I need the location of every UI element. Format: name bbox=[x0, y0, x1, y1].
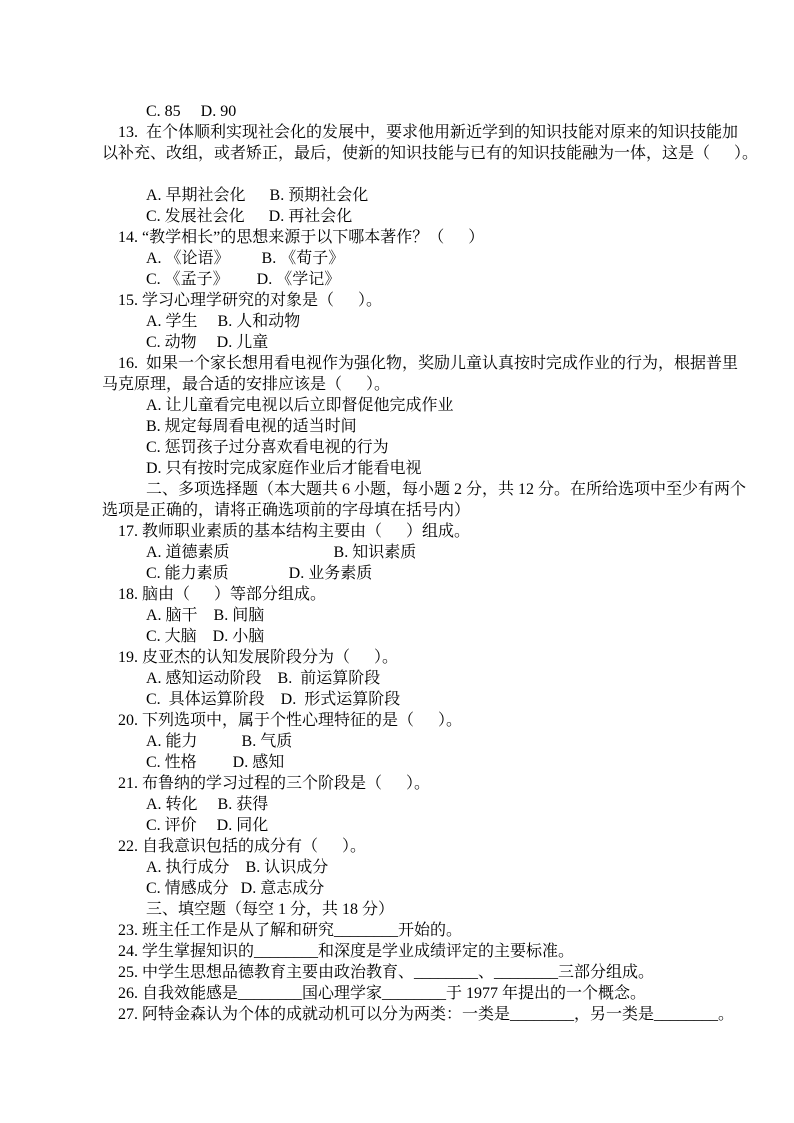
continuation-line: 马克原理，最合适的安排应该是（ ）。 bbox=[0, 374, 794, 395]
question-line: 27. 阿特金森认为个体的成就动机可以分为两类：一类是________，另一类是… bbox=[0, 1004, 794, 1025]
section-heading: 三、填空题（每空 1 分，共 18 分） bbox=[0, 899, 794, 920]
option-line: A. 《论语》 B. 《荀子》 bbox=[0, 248, 794, 269]
option-line: C. 具体运算阶段 D. 形式运算阶段 bbox=[0, 689, 794, 710]
question-line: 22. 自我意识包括的成分有（ ）。 bbox=[0, 836, 794, 857]
option-line: A. 感知运动阶段 B. 前运算阶段 bbox=[0, 668, 794, 689]
blank-line bbox=[0, 164, 794, 185]
option-line: C. 惩罚孩子过分喜欢看电视的行为 bbox=[0, 437, 794, 458]
question-line: 15. 学习心理学研究的对象是（ ）。 bbox=[0, 290, 794, 311]
option-line: A. 执行成分 B. 认识成分 bbox=[0, 857, 794, 878]
option-line: C. 评价 D. 同化 bbox=[0, 815, 794, 836]
option-line: A. 道德素质 B. 知识素质 bbox=[0, 542, 794, 563]
question-line: 14. “教学相长”的思想来源于以下哪本著作？（ ） bbox=[0, 227, 794, 248]
question-line: 26. 自我效能感是________国心理学家________于 1977 年提… bbox=[0, 983, 794, 1004]
option-line: C. 大脑 D. 小脑 bbox=[0, 626, 794, 647]
question-line: 23. 班主任工作是从了解和研究________开始的。 bbox=[0, 920, 794, 941]
option-line: C. 《孟子》 D. 《学记》 bbox=[0, 269, 794, 290]
continuation-line: 以补充、改组，或者矫正，最后，使新的知识技能与已有的知识技能融为一体，这是（ ）… bbox=[0, 143, 794, 164]
option-line: A. 脑干 B. 间脑 bbox=[0, 605, 794, 626]
exam-content: C. 85 D. 90 13. 在个体顺利实现社会化的发展中，要求他用新近学到的… bbox=[0, 0, 794, 1025]
option-line: C. 85 D. 90 bbox=[0, 101, 794, 122]
option-line: A. 学生 B. 人和动物 bbox=[0, 311, 794, 332]
exam-page: C. 85 D. 90 13. 在个体顺利实现社会化的发展中，要求他用新近学到的… bbox=[0, 0, 794, 1123]
option-line: B. 规定每周看电视的适当时间 bbox=[0, 416, 794, 437]
option-line: C. 发展社会化 D. 再社会化 bbox=[0, 206, 794, 227]
question-line: 18. 脑由（ ）等部分组成。 bbox=[0, 584, 794, 605]
question-line: 13. 在个体顺利实现社会化的发展中，要求他用新近学到的知识技能对原来的知识技能… bbox=[0, 122, 794, 143]
option-line: A. 能力 B. 气质 bbox=[0, 731, 794, 752]
continuation-line: 选项是正确的，请将正确选项前的字母填在括号内） bbox=[0, 500, 794, 521]
option-line: C. 性格 D. 感知 bbox=[0, 752, 794, 773]
question-line: 19. 皮亚杰的认知发展阶段分为（ ）。 bbox=[0, 647, 794, 668]
section-heading: 二、多项选择题（本大题共 6 小题，每小题 2 分，共 12 分。在所给选项中至… bbox=[0, 479, 794, 500]
question-line: 20. 下列选项中，属于个性心理特征的是（ ）。 bbox=[0, 710, 794, 731]
question-line: 16. 如果一个家长想用看电视作为强化物，奖励儿童认真按时完成作业的行为，根据普… bbox=[0, 353, 794, 374]
option-line: C. 动物 D. 儿童 bbox=[0, 332, 794, 353]
option-line: A. 转化 B. 获得 bbox=[0, 794, 794, 815]
option-line: A. 早期社会化 B. 预期社会化 bbox=[0, 185, 794, 206]
option-line: D. 只有按时完成家庭作业后才能看电视 bbox=[0, 458, 794, 479]
option-line: C. 情感成分 D. 意志成分 bbox=[0, 878, 794, 899]
question-line: 17. 教师职业素质的基本结构主要由（ ）组成。 bbox=[0, 521, 794, 542]
question-line: 25. 中学生思想品德教育主要由政治教育、________、________三部… bbox=[0, 962, 794, 983]
option-line: A. 让儿童看完电视以后立即督促他完成作业 bbox=[0, 395, 794, 416]
question-line: 21. 布鲁纳的学习过程的三个阶段是（ ）。 bbox=[0, 773, 794, 794]
option-line: C. 能力素质 D. 业务素质 bbox=[0, 563, 794, 584]
question-line: 24. 学生掌握知识的________和深度是学业成绩评定的主要标准。 bbox=[0, 941, 794, 962]
